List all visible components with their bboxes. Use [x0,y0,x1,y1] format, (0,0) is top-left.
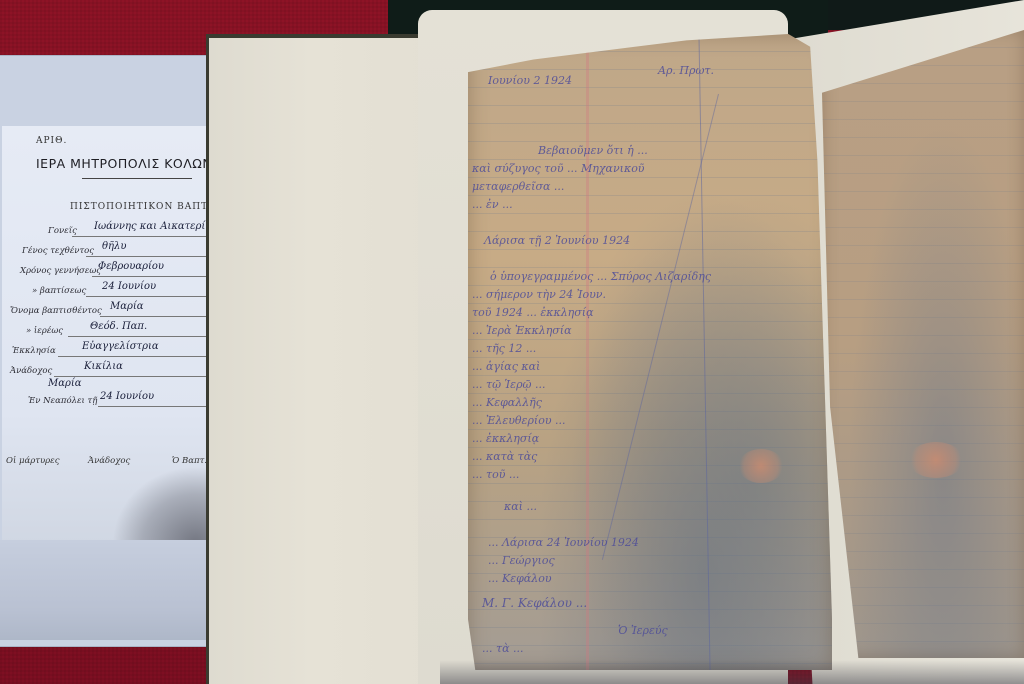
letter-line: ... σήμερον τὴν 24 Ἰουν. [472,288,606,301]
handwritten-letter: Ιουνίου 2 1924 Αρ. Πρωτ. Βεβαιοῦμεν ὅτι … [468,34,832,670]
footer-witnesses: Οἱ μάρτυρες [6,456,59,466]
letter-line: καὶ ... [504,500,537,513]
seal-stamp [738,449,784,483]
certificate-number-label: ΑΡΙΘ. [36,136,67,146]
letter-header-ref: Αρ. Πρωτ. [658,64,714,77]
field-value-church: Εὐαγγελίστρια [82,341,159,352]
letter-line: ... τὰ ... [482,642,524,655]
letter-line: ... τοῦ ... [472,468,519,481]
letter-line: ... Ἱερὰ Ἐκκλησία [472,324,572,337]
letter-line: ... Ἐλευθερίου ... [472,414,566,427]
letter-line: ... Κεφαλλῆς [472,396,542,409]
field-value-sex: θῆλυ [102,241,126,252]
field-value-priest: Θεόδ. Παπ. [90,321,147,332]
seal-stamp [908,442,964,478]
field-value-birth: Φεβρουαρίου [98,261,164,272]
letter-line: ... ἁγίας καὶ [472,360,540,373]
letter-line: τοῦ 1924 ... ἐκκλησίᾳ [472,306,594,319]
ruled-lines [822,30,1024,658]
field-label-sex: Γένος τεχθέντος [22,246,94,256]
plastic-sleeve [0,540,206,640]
letter-line: μεταφερθεῖσα ... [472,180,564,193]
letter-line: Ὁ Ἱερεύς [618,624,668,637]
field-value-name: Μαρία [110,301,144,312]
letter-line: Λάρισα τῇ 2 Ἰουνίου 1924 [484,234,630,247]
letter-line: ... ἐκκλησίᾳ [472,432,539,445]
letter-line: Μ. Γ. Κεφάλου ... [482,596,587,610]
letter-header-date: Ιουνίου 2 1924 [488,74,572,87]
field-label-baptism: » βαπτίσεως [32,286,86,296]
field-value-godparent: Κικίλια [84,361,123,372]
letter-line: ὁ ὑπογεγραμμένος ... Σπύρος Λιζαρίδης [490,270,711,283]
extra-handwriting: Μαρία [48,378,82,389]
field-value-baptism: 24 Ιουνίου [102,281,156,292]
letter-line: ... Κεφάλου [488,572,552,585]
field-label-godparent: Ἀνάδοχος [10,366,52,376]
field-label-church: Ἐκκλησία [12,346,56,356]
footer-godparent: Ἀνάδοχος [88,456,130,466]
letter-line: ... ἐν ... [472,198,513,211]
certificate-sheet: ΑΡΙΘ. ΙΕΡΑ ΜΗΤΡΟΠΟΛΙΣ ΚΟΛΩΝΙΑΣ ΠΙΣΤΟΠΟΙΗ… [2,126,238,606]
field-line [98,406,208,407]
letter-line: ... Λάρισα 24 Ἰουνίου 1924 [488,536,639,549]
letter-line: Βεβαιοῦμεν ὅτι ἡ ... [538,144,648,157]
album-cover-edge [206,34,426,38]
field-label-parents: Γονεῖς [48,226,77,236]
title-rule [82,178,192,179]
field-label-priest: » ἱερέως [26,326,63,336]
letter-line: ... κατὰ τὰς [472,450,537,463]
letter-line: ... τῷ Ἱερῷ ... [472,378,546,391]
letter-line: καὶ σύζυγος τοῦ ... Μηχανικοῦ [472,162,645,175]
bottom-shadow [440,660,1024,684]
second-letter-partial [822,30,1024,658]
date-label: Ἐν Νεαπόλει τῇ [28,396,97,406]
field-value-parents: Ιωάννης και Αικατερίνη [94,221,217,232]
letter-line: ... τῆς 12 ... [472,342,536,355]
date-value: 24 Ιουνίου [100,391,154,402]
certificate-title: ΙΕΡΑ ΜΗΤΡΟΠΟΛΙΣ ΚΟΛΩΝΙΑΣ [36,156,234,171]
field-label-birth: Χρόνος γεννήσεως [20,266,101,276]
field-label-name: Ὄνομα βαπτισθέντος [10,306,102,316]
margin-line [586,34,589,670]
letter-line: ... Γεώργιος [488,554,555,567]
